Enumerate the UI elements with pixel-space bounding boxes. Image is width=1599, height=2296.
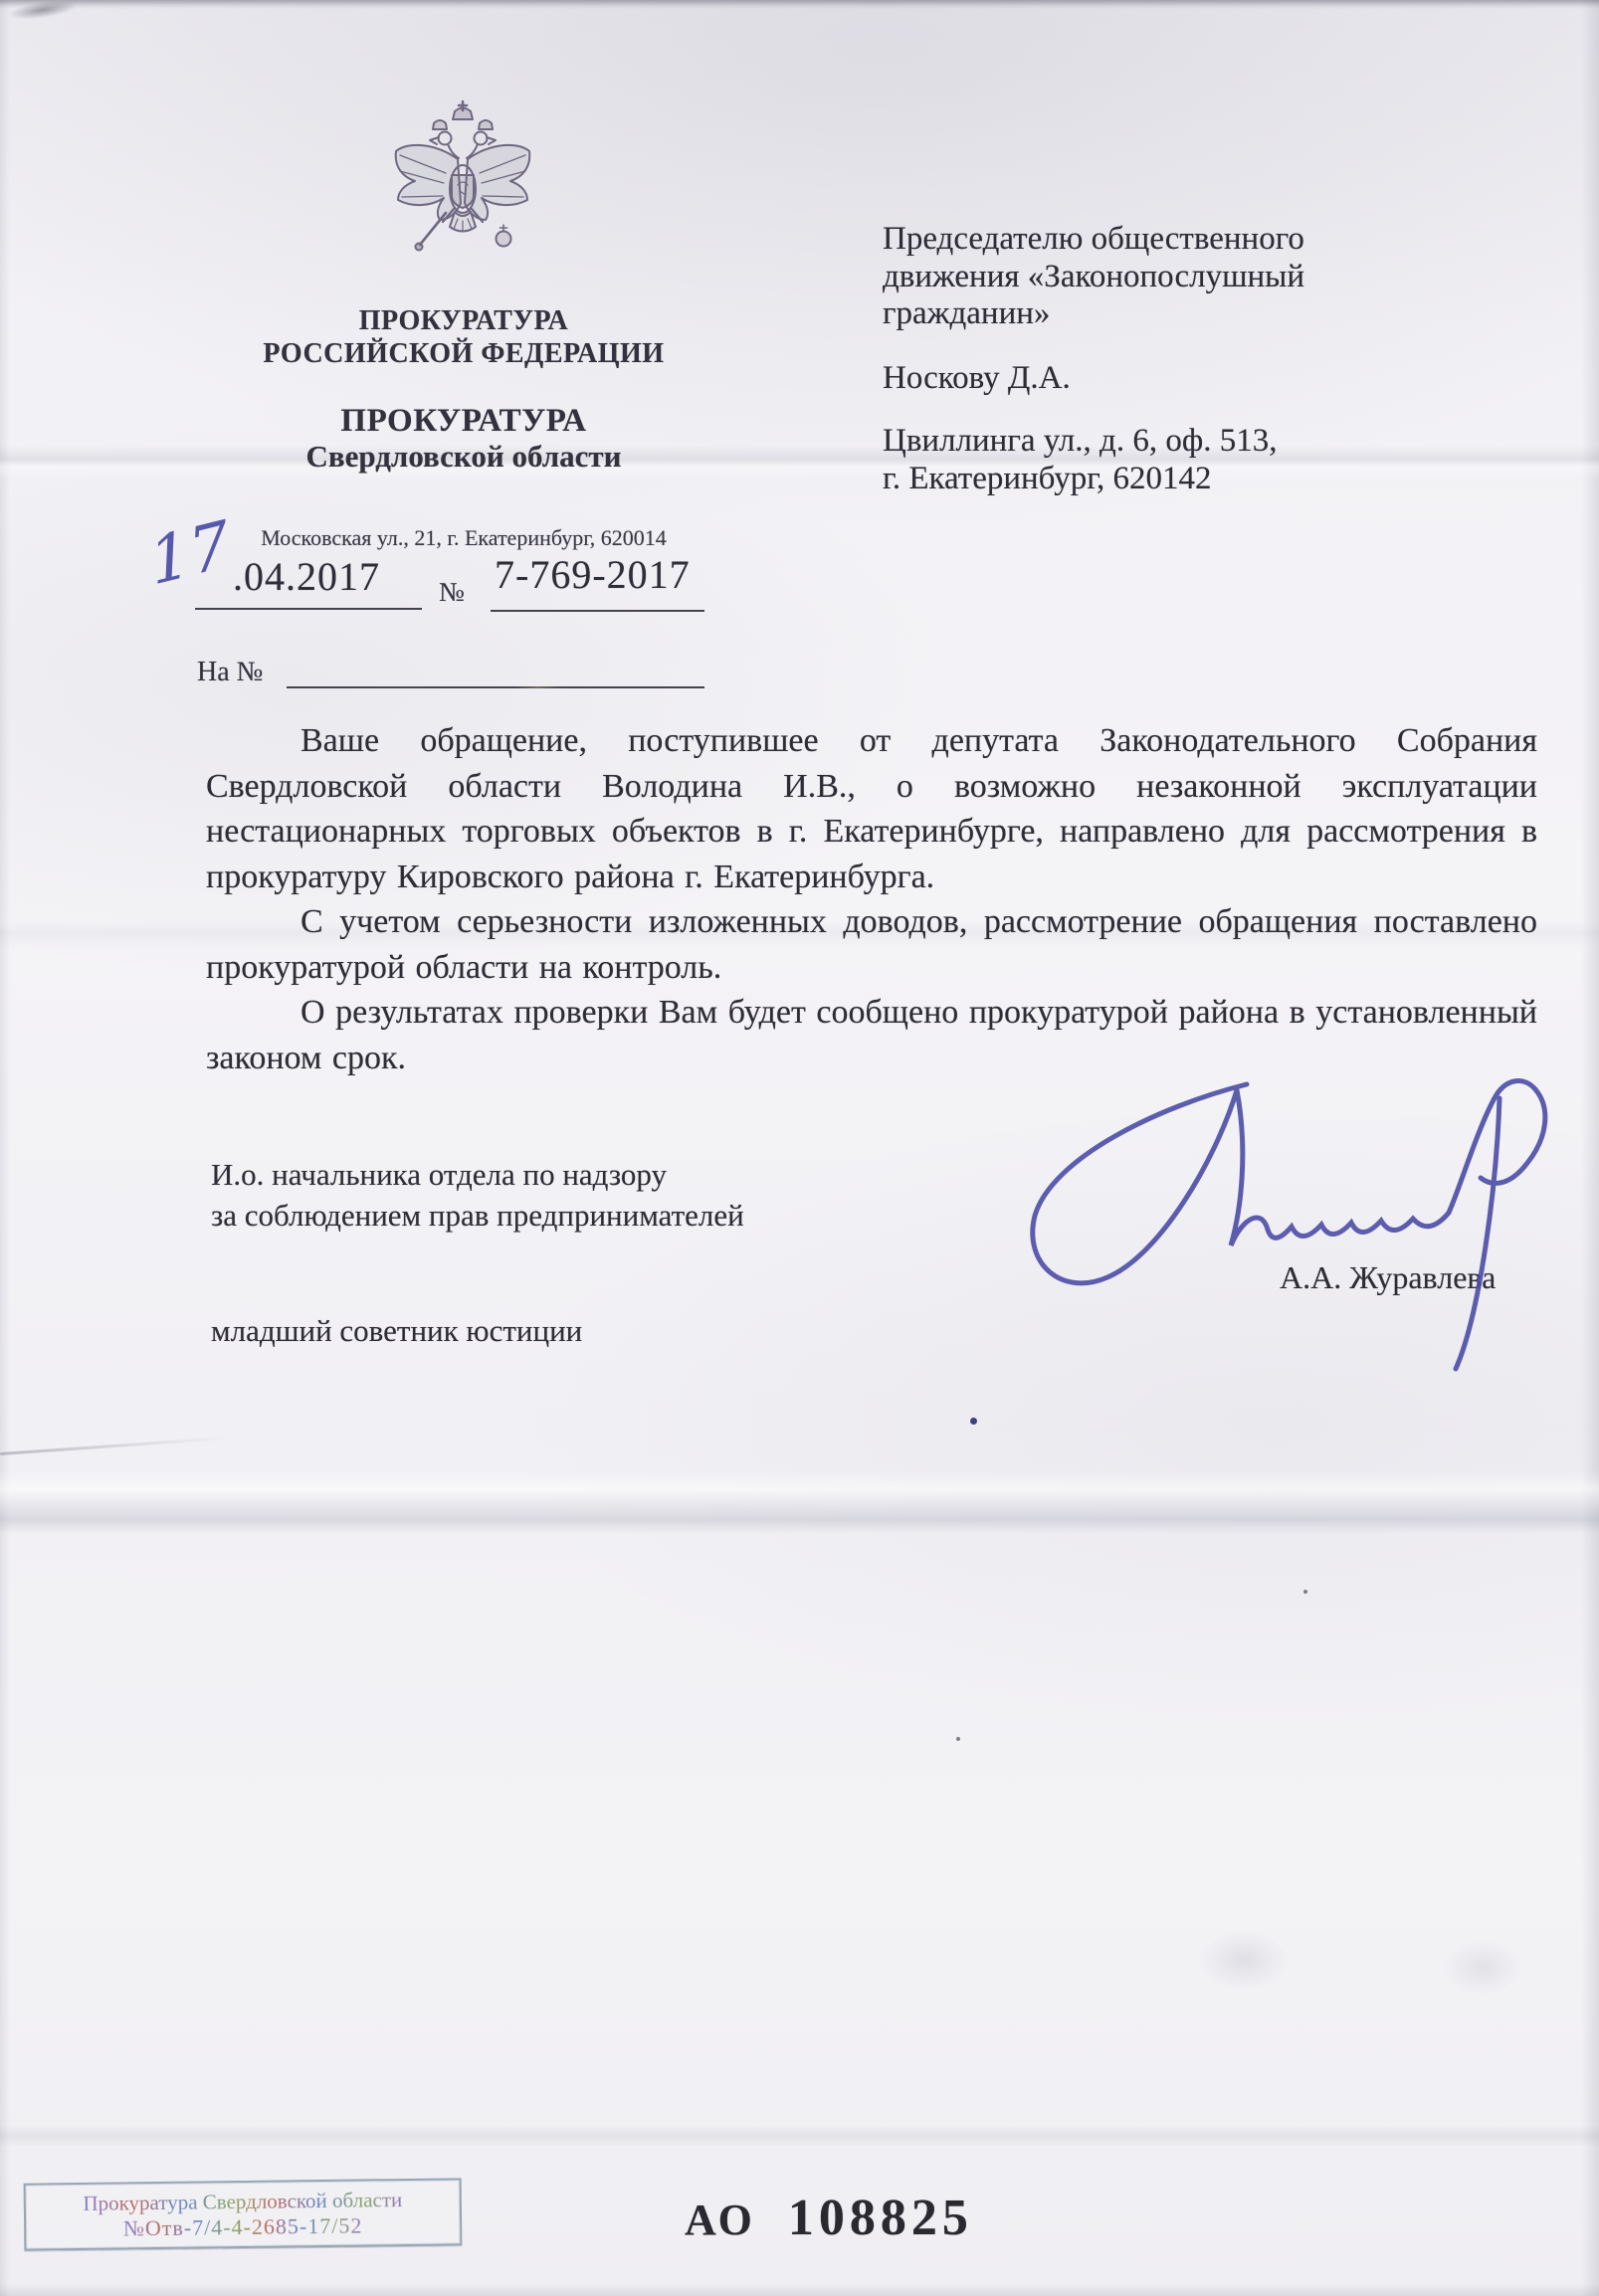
- paper-crease: [0, 2125, 1599, 2147]
- form-serial: АО 108825: [685, 2189, 973, 2247]
- date-underline: [195, 608, 422, 610]
- org-regional-line1: ПРОКУРАТУРА: [215, 402, 712, 440]
- org-regional-title: ПРОКУРАТУРА Свердловской области: [215, 402, 712, 474]
- signer-title-line2: за соблюдением прав предпринимателей: [211, 1195, 967, 1236]
- paper-speck: [1303, 1590, 1307, 1594]
- reply-to-underline: [287, 686, 704, 688]
- recipient-block: Председателю общественного движения «Зак…: [883, 221, 1440, 497]
- org-federation-title: ПРОКУРАТУРА РОССИЙСКОЙ ФЕДЕРАЦИИ: [215, 304, 712, 370]
- form-serial-number: 108825: [788, 2189, 973, 2247]
- scan-edge-shadow-bottom: [0, 2284, 1599, 2296]
- coat-of-arms-icon: [383, 97, 542, 257]
- body-paragraph-1: Ваше обращение, поступившее от депутата …: [206, 718, 1537, 899]
- signature-ink: [1010, 1066, 1567, 1385]
- outgoing-number: 7-769-2017: [495, 551, 691, 598]
- recipient-title-line2: движения «Законопослушный: [883, 259, 1440, 296]
- scanned-letter-page: ПРОКУРАТУРА РОССИЙСКОЙ ФЕДЕРАЦИИ ПРОКУРА…: [0, 0, 1599, 2296]
- number-sign-label: №: [439, 577, 465, 608]
- paper-dimple: [1199, 1930, 1289, 1990]
- signer-rank: младший советник юстиции: [211, 1313, 582, 1349]
- number-underline: [491, 610, 704, 612]
- paper-crease: [0, 1436, 229, 1455]
- scan-edge-shadow-top: [0, 0, 1599, 9]
- ink-speck: [970, 1418, 977, 1425]
- paper-smudge: [7, 0, 79, 23]
- stamp-org-line: Прокуратура Свердловской области: [83, 2188, 402, 2216]
- org-address: Московская ул., 21, г. Екатеринбург, 620…: [215, 525, 712, 551]
- org-federation-line1: ПРОКУРАТУРА: [215, 304, 712, 337]
- date-printed: .04.2017: [233, 553, 380, 600]
- recipient-title-line1: Председателю общественного: [883, 221, 1440, 259]
- signer-title: И.о. начальника отдела по надзору за соб…: [211, 1154, 967, 1236]
- signer-title-line1: И.о. начальника отдела по надзору: [211, 1154, 967, 1195]
- body-paragraph-2: С учетом серьезности изложенных доводов,…: [206, 899, 1537, 990]
- handwritten-date-day: 17: [145, 507, 234, 600]
- paper-dimple: [1443, 1940, 1522, 1995]
- paper-fold-crease: [0, 1470, 1599, 1534]
- recipient-address-line2: г. Екатеринбург, 620142: [883, 461, 1440, 498]
- registration-stamp: Прокуратура Свердловской области №Отв-7/…: [24, 2178, 463, 2250]
- recipient-name: Носкову Д.А.: [883, 360, 1440, 398]
- stamp-number-line: №Отв-7/4-4-2685-17/52: [123, 2212, 363, 2241]
- reply-to-label: На №: [197, 657, 263, 688]
- org-federation-line2: РОССИЙСКОЙ ФЕДЕРАЦИИ: [215, 337, 712, 370]
- letter-body: Ваше обращение, поступившее от депутата …: [206, 718, 1537, 1080]
- form-serial-series: АО: [685, 2195, 756, 2245]
- scan-edge-shadow-right: [1581, 0, 1599, 2296]
- recipient-title-line3: гражданин»: [883, 295, 1440, 333]
- org-regional-line2: Свердловской области: [215, 440, 712, 474]
- paper-speck: [956, 1737, 960, 1741]
- recipient-address-line1: Цвиллинга ул., д. 6, оф. 513,: [883, 423, 1440, 461]
- scan-edge-shadow-left: [0, 0, 10, 2296]
